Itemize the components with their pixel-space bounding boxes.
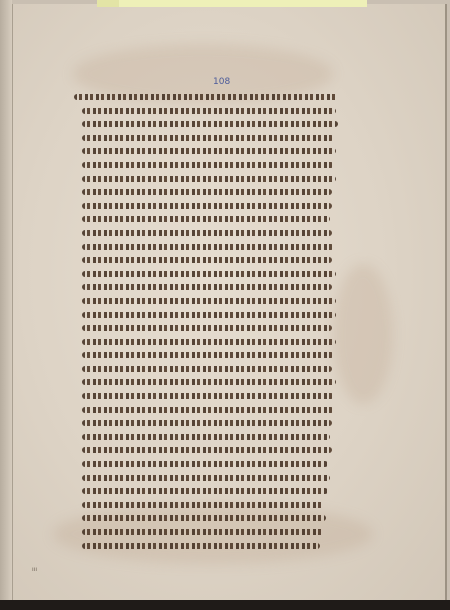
handwriting-stroke <box>82 475 330 481</box>
handwriting-stroke <box>82 121 338 127</box>
manuscript-line <box>70 335 350 349</box>
manuscript-line <box>70 525 350 539</box>
handwriting-stroke <box>82 461 328 467</box>
handwriting-stroke <box>82 543 320 549</box>
handwriting-stroke <box>82 162 334 168</box>
manuscript-line <box>70 104 350 118</box>
manuscript-line <box>70 158 350 172</box>
manuscript-line <box>70 321 350 335</box>
bookmark-tab-edge <box>97 0 119 7</box>
handwriting-stroke <box>82 515 326 521</box>
manuscript-line <box>70 280 350 294</box>
manuscript-line <box>70 348 350 362</box>
handwriting-stroke <box>82 230 332 236</box>
handwritten-text-block <box>70 90 350 552</box>
manuscript-line <box>70 511 350 525</box>
handwriting-stroke <box>82 502 324 508</box>
manuscript-line <box>70 416 350 430</box>
manuscript-line <box>70 443 350 457</box>
handwriting-stroke <box>82 352 334 358</box>
manuscript-line <box>70 172 350 186</box>
manuscript-line <box>70 267 350 281</box>
handwriting-stroke <box>82 298 336 304</box>
manuscript-line <box>70 457 350 471</box>
manuscript-line <box>70 471 350 485</box>
manuscript-line <box>70 199 350 213</box>
manuscript-line <box>70 539 350 553</box>
manuscript-line <box>70 185 350 199</box>
handwriting-stroke <box>82 488 328 494</box>
handwriting-stroke <box>82 339 336 345</box>
handwriting-stroke <box>82 148 336 154</box>
scan-bottom-edge <box>0 600 450 610</box>
handwriting-stroke <box>82 312 336 318</box>
manuscript-line <box>70 90 350 104</box>
manuscript-line <box>70 240 350 254</box>
manuscript-line <box>70 253 350 267</box>
manuscript-line <box>70 212 350 226</box>
folio-number: 108 <box>213 77 230 87</box>
manuscript-line <box>70 389 350 403</box>
manuscript-line <box>70 362 350 376</box>
handwriting-stroke <box>82 447 332 453</box>
handwriting-stroke <box>82 407 334 413</box>
manuscript-line <box>70 498 350 512</box>
handwriting-stroke <box>82 393 334 399</box>
handwriting-stroke <box>82 434 330 440</box>
bookmark-tab <box>97 0 367 7</box>
handwriting-stroke <box>82 176 336 182</box>
manuscript-line <box>70 144 350 158</box>
handwriting-stroke <box>82 203 332 209</box>
handwriting-stroke <box>82 379 336 385</box>
handwriting-stroke <box>82 284 332 290</box>
handwriting-stroke <box>82 325 332 331</box>
handwriting-stroke <box>82 108 336 114</box>
handwriting-stroke <box>82 529 324 535</box>
manuscript-line <box>70 375 350 389</box>
manuscript-line <box>70 226 350 240</box>
manuscript-line <box>70 131 350 145</box>
manuscript-line <box>70 484 350 498</box>
manuscript-line <box>70 403 350 417</box>
manuscript-scan: 108 ııı <box>0 0 450 610</box>
manuscript-line <box>70 430 350 444</box>
facing-page-edge <box>0 0 12 600</box>
manuscript-line <box>70 117 350 131</box>
handwriting-stroke <box>82 189 332 195</box>
handwriting-stroke <box>82 244 334 250</box>
handwriting-stroke <box>82 135 334 141</box>
handwriting-stroke <box>82 271 336 277</box>
handwriting-stroke <box>74 94 338 100</box>
handwriting-stroke <box>82 257 332 263</box>
handwriting-stroke <box>82 420 332 426</box>
handwriting-stroke <box>82 366 332 372</box>
handwriting-stroke <box>82 216 330 222</box>
margin-mark: ııı <box>32 566 37 573</box>
manuscript-line <box>70 294 350 308</box>
manuscript-line <box>70 308 350 322</box>
